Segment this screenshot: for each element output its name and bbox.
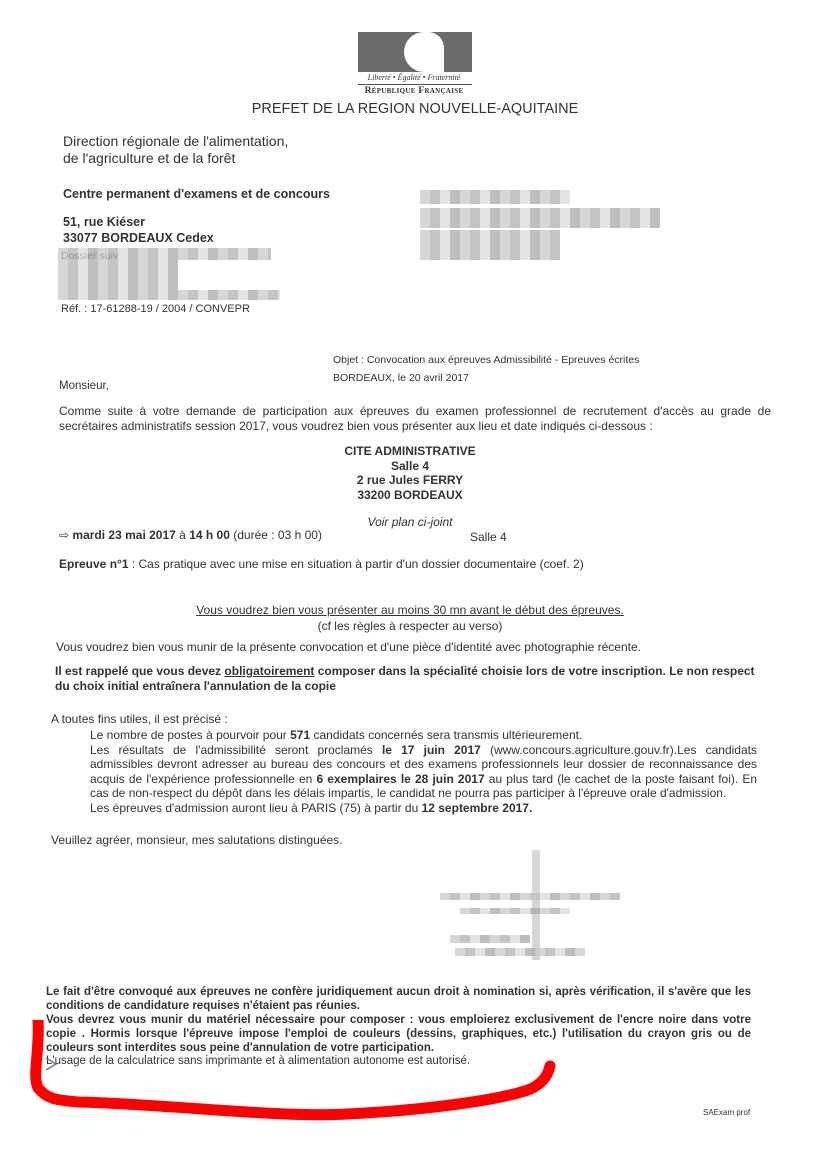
legal-notices: Le fait d'être convoqué aux épreuves ne … (46, 985, 751, 1055)
sender-direction: Direction régionale de l'alimentation, d… (63, 133, 288, 167)
redacted-signature (455, 948, 585, 956)
exam-schedule: ⇨ mardi 23 mai 2017 à 14 h 00 (durée : 0… (59, 528, 322, 542)
info-text: Les résultats de l'admissibilité seront … (90, 743, 382, 757)
salutation: Monsieur, (59, 380, 109, 392)
rules-reference: (cf les règles à respecter au verso) (150, 619, 670, 633)
prefecture-title: PREFET DE LA REGION NOUVELLE-AQUITAINE (220, 101, 610, 117)
redacted-recipient (420, 208, 660, 228)
epreuve-label: Epreuve n°1 (59, 557, 129, 571)
admission-date: 12 septembre 2017. (422, 801, 533, 815)
venue-city: 33200 BORDEAUX (280, 488, 540, 503)
arrival-notice: Vous voudrez bien vous présenter au moin… (150, 603, 670, 617)
exam-time: 14 h 00 (189, 528, 230, 542)
info-list: Le nombre de postes à pourvoir pour 571 … (90, 728, 757, 815)
sender-address: 51, rue Kiéser 33077 BORDEAUX Cedex (63, 214, 214, 246)
redacted-signature (460, 908, 570, 914)
info-intro: A toutes fins utiles, il est précisé : (51, 712, 228, 726)
venue-name: CITE ADMINISTRATIVE (280, 444, 540, 459)
plan-note: Voir plan ci-joint (280, 515, 540, 529)
subject-line: Objet : Convocation aux épreuves Admissi… (333, 354, 639, 366)
sender-street: 51, rue Kiéser (63, 214, 214, 230)
republic-name: République Française (344, 86, 484, 96)
exam-day: mardi 23 mai 2017 (72, 528, 175, 542)
calculator-notice: L'usage de la calculatrice sans impriman… (46, 1055, 470, 1067)
reminder-text: Il est rappelé que vous devez (55, 664, 224, 678)
epreuve-text: : Cas pratique avec une mise en situatio… (129, 557, 584, 571)
redacted-recipient (420, 190, 570, 204)
info-text: Le nombre de postes à pourvoir pour (90, 728, 290, 742)
venue-street: 2 rue Jules FERRY (280, 473, 540, 488)
exam-room: Salle 4 (470, 530, 507, 544)
info-admission: Les épreuves d'admission auront lieu à P… (90, 801, 757, 816)
redacted-contact (58, 248, 271, 260)
direction-line-1: Direction régionale de l'alimentation, (63, 133, 288, 150)
reference: Réf. : 17-61288-19 / 2004 / CONVEPR (61, 303, 250, 315)
id-notice: Vous voudrez bien vous munir de la prése… (56, 640, 641, 654)
letter-date: BORDEAUX, le 20 avril 2017 (333, 372, 469, 384)
info-results: Les résultats de l'admissibilité seront … (90, 743, 757, 801)
exam-description: Epreuve n°1 : Cas pratique avec une mise… (59, 557, 584, 571)
sender-city: 33077 BORDEAUX Cedex (63, 230, 214, 246)
direction-line-2: de l'agriculture et de la forêt (63, 150, 288, 167)
info-text: Les épreuves d'admission auront lieu à P… (90, 801, 422, 815)
marianne-logo (358, 32, 472, 72)
redacted-contact (58, 260, 178, 290)
intro-paragraph: Comme suite à votre demande de participa… (59, 404, 771, 434)
redacted-recipient (420, 230, 560, 260)
republic-motto: Liberté • Égalité • Fraternité (344, 73, 484, 82)
venue-room: Salle 4 (280, 459, 540, 474)
redacted-signature (450, 935, 530, 943)
document-code: SAExam prof (703, 1108, 750, 1117)
sender-centre: Centre permanent d'examens et de concour… (63, 187, 330, 201)
divider (358, 84, 472, 85)
redacted-signature (532, 850, 540, 960)
postes-count: 571 (290, 728, 310, 742)
speciality-reminder: Il est rappelé que vous devez obligatoir… (55, 664, 770, 694)
closing: Veuillez agréer, monsieur, mes salutatio… (51, 833, 343, 847)
exam-at: à (179, 528, 186, 542)
arrow-icon: ⇨ (59, 528, 69, 542)
exam-duration: (durée : 03 h 00) (233, 528, 322, 542)
redacted-email (58, 290, 280, 300)
nomination-notice: Le fait d'être convoqué aux épreuves ne … (46, 985, 751, 1013)
material-notice: Vous devrez vous munir du matériel néces… (46, 1013, 751, 1055)
results-date: le 17 juin 2017 (382, 743, 481, 757)
info-postes: Le nombre de postes à pourvoir pour 571 … (90, 728, 757, 743)
venue-block: CITE ADMINISTRATIVE Salle 4 2 rue Jules … (280, 444, 540, 502)
reminder-emphasis: obligatoirement (224, 664, 314, 678)
copies-deadline: 6 exemplaires le 28 juin 2017 (316, 772, 484, 786)
redacted-signature (440, 893, 620, 900)
info-text: candidats concernés sera transmis ultéri… (310, 728, 582, 742)
